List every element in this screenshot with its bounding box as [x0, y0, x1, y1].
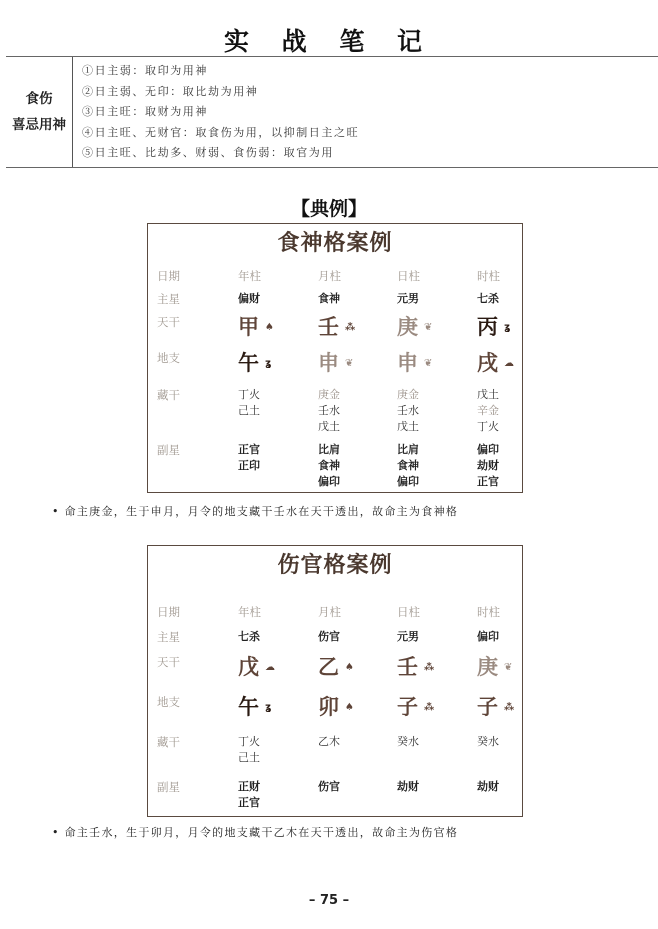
- main-star: 元男: [397, 291, 419, 307]
- rule-item: ④日主旺、无财官：取食伤为用，以抑制日主之旺: [82, 123, 359, 144]
- sub-stars: 劫财: [477, 779, 499, 795]
- rules-list: ①日主弱：取印为用神 ②日主弱、无印：取比劫为用神 ③日主旺：取财为用神 ④日主…: [82, 61, 359, 164]
- row-label: 主星: [157, 629, 180, 645]
- stem: 戊☁: [238, 654, 275, 681]
- case-title: 伤官格案例: [148, 548, 522, 579]
- wood-icon: ʓ: [504, 322, 510, 333]
- branch: 午ʓ: [238, 694, 271, 721]
- water-icon: ⁂: [424, 662, 434, 673]
- row-label: 地支: [157, 350, 180, 366]
- case-card-shishen: 食神格案例 日期 年柱 月柱 日柱 时柱 主星 偏财 食神 元男 七杀 天干 甲…: [147, 223, 523, 493]
- hidden-stems: 癸水: [477, 734, 499, 750]
- hidden-stems: 庚金 壬水 戊土: [318, 387, 340, 435]
- case-caption: • 命主壬水，生于卯月，月令的地支藏干乙木在天干透出，故命主为伤官格: [52, 824, 458, 840]
- hidden-stems: 戊土 辛金 丁火: [477, 387, 499, 435]
- metal-icon: ❦: [345, 358, 353, 369]
- metal-icon: ❦: [424, 322, 432, 333]
- row-label: 藏干: [157, 734, 180, 750]
- hidden-stems: 乙木: [318, 734, 340, 750]
- case-caption: • 命主庚金，生于申月，月令的地支藏干壬水在天干透出，故命主为食神格: [52, 503, 458, 519]
- rule-item: ①日主弱：取印为用神: [82, 61, 359, 82]
- header-hour: 时柱: [477, 604, 500, 620]
- sub-stars: 比肩食神偏印: [397, 442, 419, 490]
- branch: 子⁂: [477, 694, 514, 721]
- main-star: 偏财: [238, 291, 260, 307]
- page-number: – 75 –: [0, 893, 658, 908]
- hidden-stems: 庚金 壬水 戊土: [397, 387, 419, 435]
- branch: 子⁂: [397, 694, 434, 721]
- header-year: 年柱: [238, 268, 261, 284]
- sub-stars: 伤官: [318, 779, 340, 795]
- row-label: 地支: [157, 694, 180, 710]
- earth-icon: ☁: [504, 358, 514, 369]
- stem: 乙♠: [318, 654, 354, 681]
- main-star: 食神: [318, 291, 340, 307]
- branch: 午ʓ: [238, 350, 271, 377]
- header-month: 月柱: [318, 604, 341, 620]
- main-star: 七杀: [477, 291, 499, 307]
- rules-label-line2: 喜忌用神: [12, 112, 66, 138]
- row-label: 主星: [157, 291, 180, 307]
- water-icon: ⁂: [345, 322, 355, 333]
- wood-icon: ʓ: [265, 358, 271, 369]
- row-label: 天干: [157, 314, 180, 330]
- header-date: 日期: [157, 268, 180, 284]
- rules-label: 食伤 喜忌用神: [6, 57, 73, 167]
- fire-icon: ♠: [345, 702, 354, 713]
- branch: 申❦: [318, 350, 353, 377]
- sub-stars: 正财正官: [238, 779, 260, 811]
- header-day: 日柱: [397, 604, 420, 620]
- metal-icon: ❦: [424, 358, 432, 369]
- main-star: 偏印: [477, 629, 499, 645]
- water-icon: ⁂: [504, 702, 514, 713]
- main-star: 七杀: [238, 629, 260, 645]
- branch: 卯♠: [318, 694, 354, 721]
- row-label: 副星: [157, 779, 180, 795]
- row-label: 副星: [157, 442, 180, 458]
- case-card-shangguan: 伤官格案例 日期 年柱 月柱 日柱 时柱 主星 七杀 伤官 元男 偏印 天干 戊…: [147, 545, 523, 817]
- hidden-stems: 丁火 己土: [238, 734, 260, 766]
- example-heading: 【典例】: [0, 194, 658, 221]
- stem: 庚❦: [397, 314, 432, 341]
- rule-item: ②日主弱、无印：取比劫为用神: [82, 82, 359, 103]
- sub-stars: 偏印劫财正官: [477, 442, 499, 490]
- page-header-title: 实 战 笔 记: [0, 22, 658, 58]
- water-icon: ⁂: [424, 702, 434, 713]
- header-hour: 时柱: [477, 268, 500, 284]
- branch: 申❦: [397, 350, 432, 377]
- stem: 壬⁂: [318, 314, 355, 341]
- wood-icon: ʓ: [265, 702, 271, 713]
- stem: 壬⁂: [397, 654, 434, 681]
- rules-label-line1: 食伤: [26, 86, 53, 112]
- metal-icon: ❦: [504, 662, 512, 673]
- row-label: 天干: [157, 654, 180, 670]
- row-label: 藏干: [157, 387, 180, 403]
- stem: 甲♠: [238, 314, 274, 341]
- sub-stars: 正官正印: [238, 442, 260, 474]
- hidden-stems: 丁火 己土: [238, 387, 260, 419]
- fire-icon: ♠: [345, 662, 354, 673]
- branch: 戌☁: [477, 350, 514, 377]
- rule-item: ⑤日主旺、比劫多、财弱、食伤弱：取官为用: [82, 143, 359, 164]
- case-title: 食神格案例: [148, 226, 522, 257]
- rules-table: 食伤 喜忌用神 ①日主弱：取印为用神 ②日主弱、无印：取比劫为用神 ③日主旺：取…: [6, 57, 658, 168]
- fire-icon: ♠: [265, 322, 274, 333]
- header-year: 年柱: [238, 604, 261, 620]
- header-date: 日期: [157, 604, 180, 620]
- main-star: 伤官: [318, 629, 340, 645]
- rule-item: ③日主旺：取财为用神: [82, 102, 359, 123]
- header-month: 月柱: [318, 268, 341, 284]
- header-day: 日柱: [397, 268, 420, 284]
- hidden-stems: 癸水: [397, 734, 419, 750]
- stem: 丙ʓ: [477, 314, 510, 341]
- main-star: 元男: [397, 629, 419, 645]
- earth-icon: ☁: [265, 662, 275, 673]
- sub-stars: 劫财: [397, 779, 419, 795]
- sub-stars: 比肩食神偏印: [318, 442, 340, 490]
- stem: 庚❦: [477, 654, 512, 681]
